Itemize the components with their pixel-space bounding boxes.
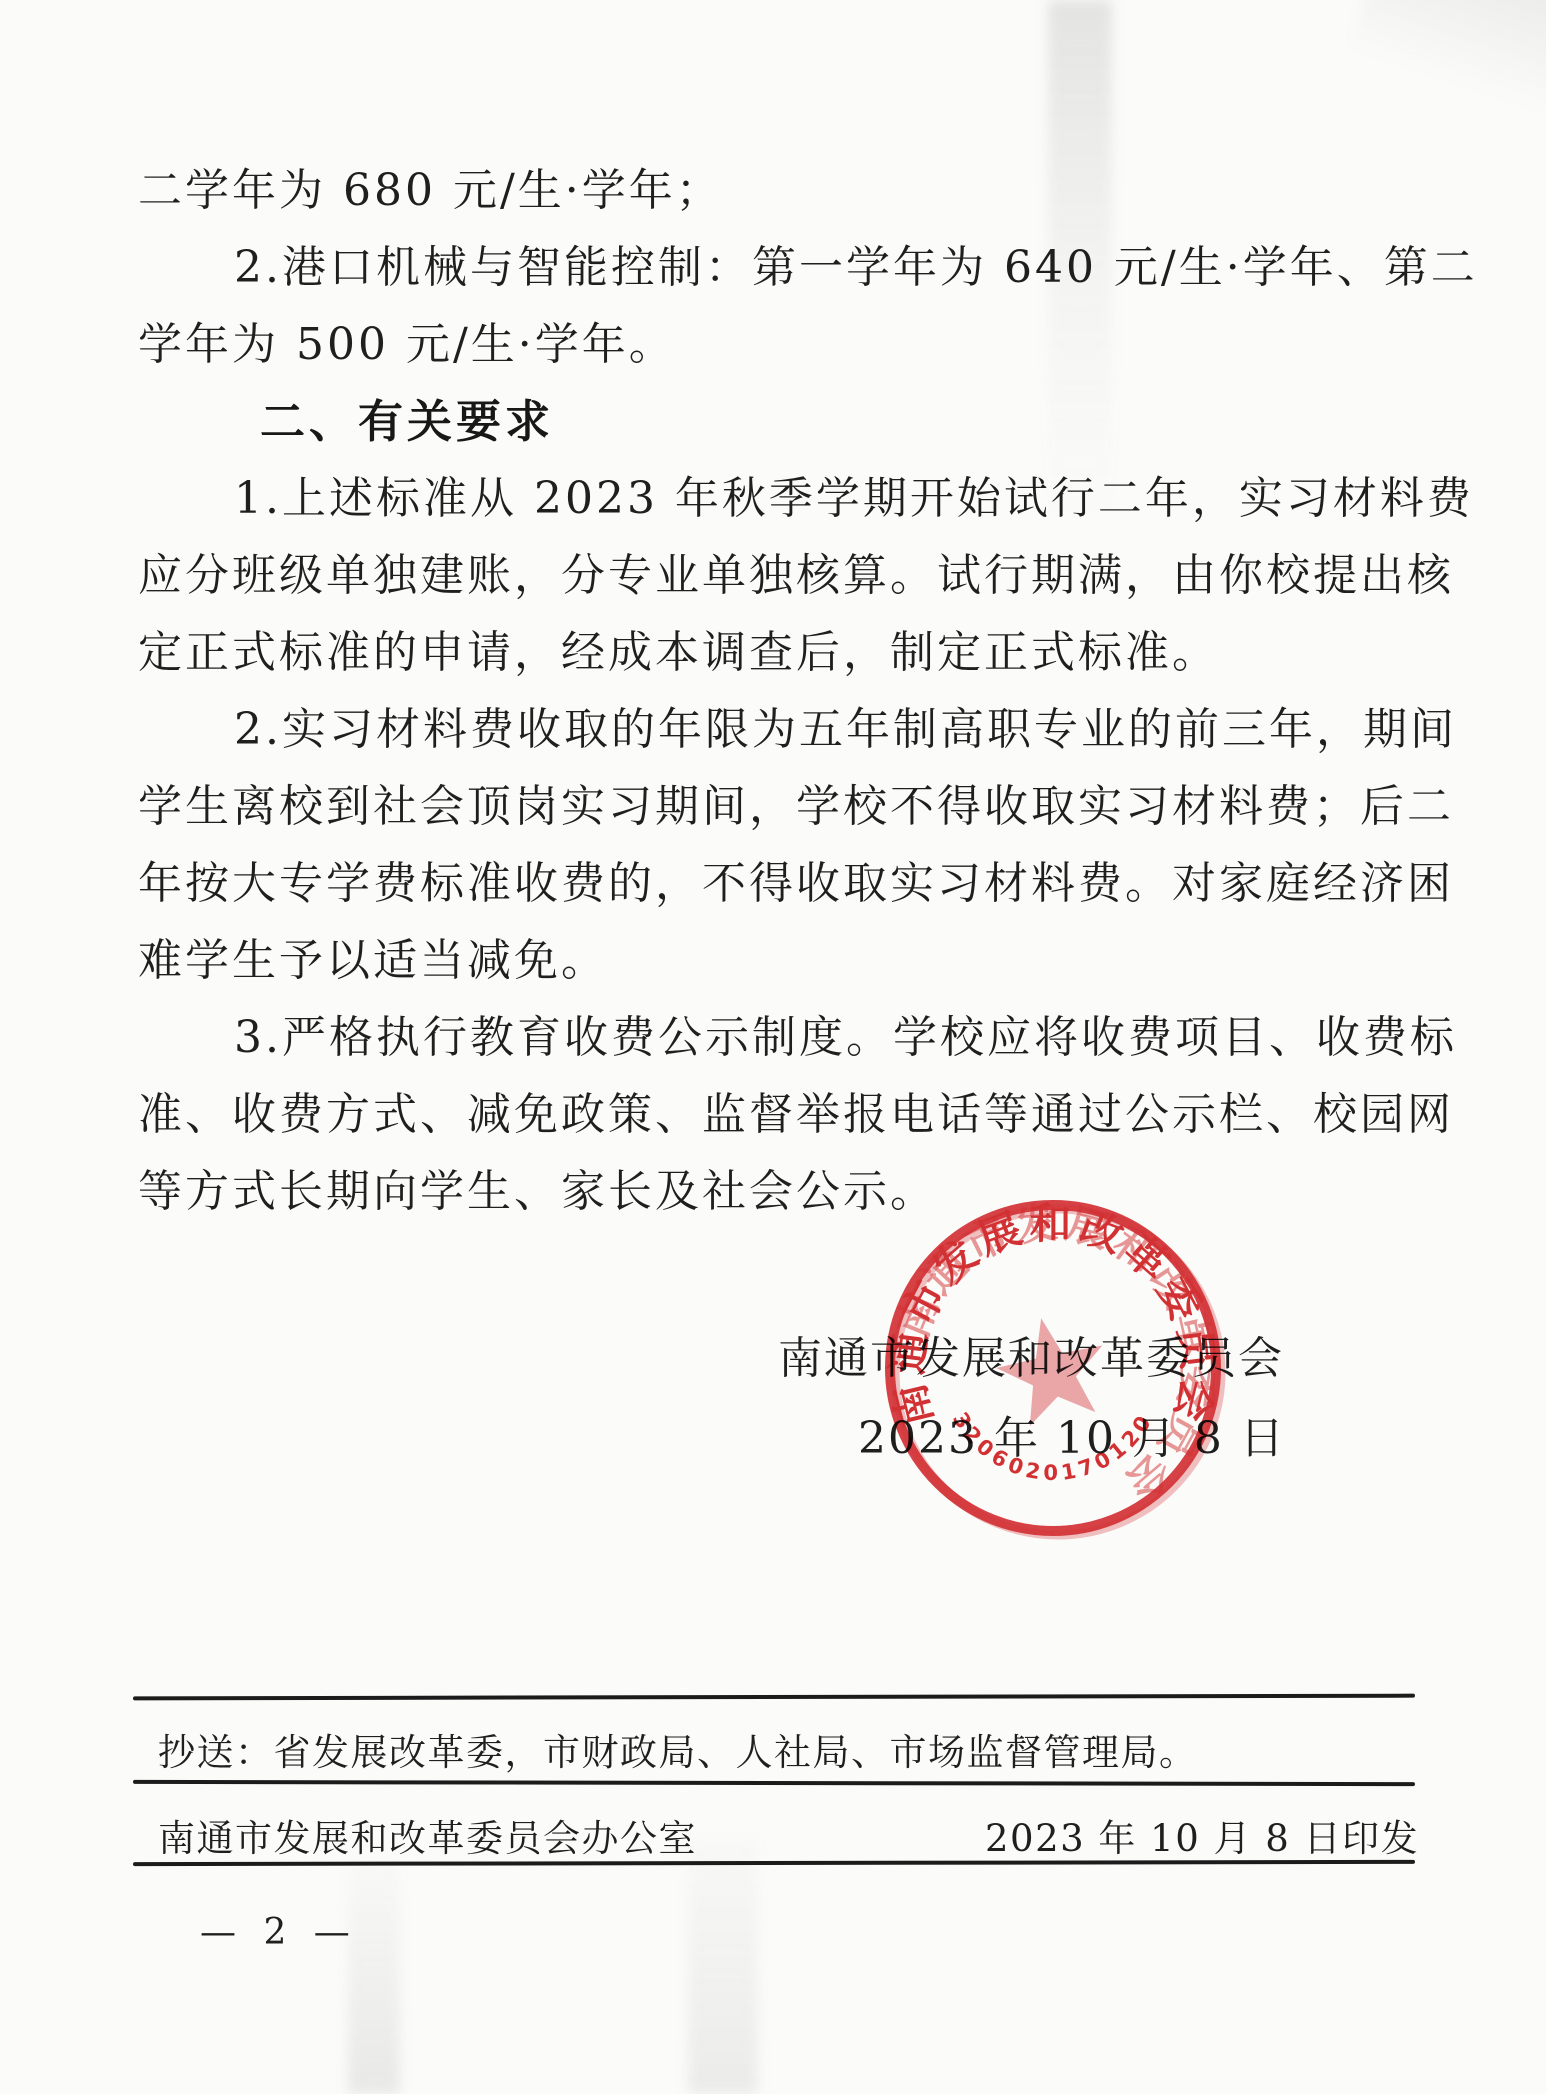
document-page: 二学年为 680 元/生·学年； 2.港口机械与智能控制：第一学年为 640 元… <box>0 0 1546 2094</box>
scan-artifact <box>348 1865 400 2094</box>
section-heading: 二、有关要求 <box>138 383 1420 460</box>
issuing-office: 南通市发展和改革委员会办公室 <box>158 1808 697 1862</box>
print-date: 2023 年 10 月 8 日印发 <box>985 1808 1419 1862</box>
body-line: 准、收费方式、减免政策、监督举报电话等通过公示栏、校园网 <box>138 1076 1420 1153</box>
body-line: 2.港口机械与智能控制：第一学年为 640 元/生·学年、第二 <box>138 229 1420 306</box>
page-number: — 2 — <box>200 1912 358 1953</box>
body-line: 难学生予以适当减免。 <box>138 922 1420 999</box>
body-line: 应分班级单独建账，分专业单独核算。试行期满，由你校提出核 <box>138 537 1420 614</box>
body-line: 学生离校到社会顶岗实习期间，学校不得收取实习材料费；后二 <box>138 768 1420 845</box>
cc-line: 抄送：省发展改革委，市财政局、人社局、市场监督管理局。 <box>158 1722 1198 1776</box>
official-seal-graphic: 南通市发展和改革委员会 南通市发展和改革委员会 3206020170120 <box>855 1170 1251 1566</box>
body-line: 二学年为 680 元/生·学年； <box>138 152 1420 229</box>
document-body: 二学年为 680 元/生·学年； 2.港口机械与智能控制：第一学年为 640 元… <box>138 152 1420 1230</box>
body-line: 2.实习材料费收取的年限为五年制高职专业的前三年，期间 <box>138 691 1420 768</box>
official-seal: 南通市发展和改革委员会 南通市发展和改革委员会 3206020170120 <box>855 1170 1251 1566</box>
scan-artifact <box>1347 0 1546 124</box>
body-line: 1.上述标准从 2023 年秋季学期开始试行二年，实习材料费 <box>138 460 1420 537</box>
body-line: 年按大专学费标准收费的，不得收取实习材料费。对家庭经济困 <box>138 845 1420 922</box>
scan-artifact <box>688 1840 758 2094</box>
divider <box>133 1694 1415 1701</box>
body-line: 3.严格执行教育收费公示制度。学校应将收费项目、收费标 <box>138 999 1420 1076</box>
divider <box>133 1780 1415 1786</box>
divider <box>133 1860 1415 1866</box>
body-line: 定正式标准的申请，经成本调查后，制定正式标准。 <box>138 614 1420 691</box>
seal-star-icon <box>988 1307 1115 1430</box>
body-line: 学年为 500 元/生·学年。 <box>138 306 1420 383</box>
